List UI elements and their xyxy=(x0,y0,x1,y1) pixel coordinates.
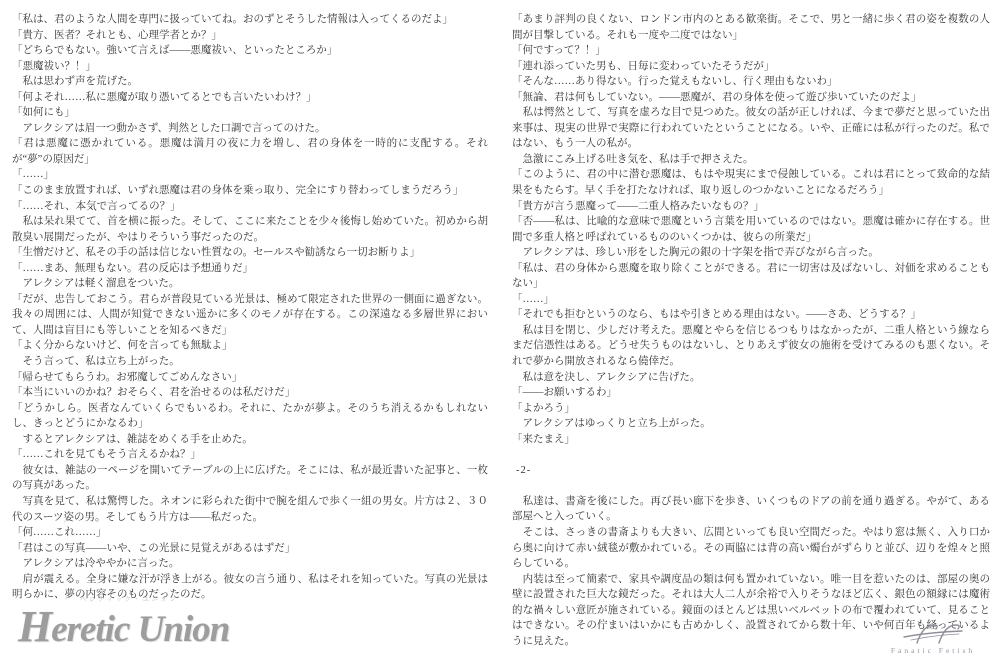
series-logo: ヘレティック・ユニオン Heretic Union xyxy=(18,594,248,652)
paragraph: 「――お願いするわ」 xyxy=(512,385,990,401)
paragraph: 「連れ添っていた男も、日毎に変わっていたそうだが」 xyxy=(512,59,990,75)
paragraph: アレクシアは冷ややかに言った。 xyxy=(12,556,488,572)
publisher-logo: Fanatic Fetish xyxy=(874,622,992,655)
paragraph: アレクシアは、珍しい形をした胸元の銀の十字架を指で弄びながら言った。 xyxy=(512,245,990,261)
page-number: -2- xyxy=(512,463,990,479)
paragraph: 「生憎だけど、私その手の話は信じない性質なの。セールスや勧誘なら一切お断りよ」 xyxy=(12,245,488,261)
paragraph: 「あまり評判の良くない、ロンドン市内のとある歓楽街。そこで、男と一緒に歩く君の姿… xyxy=(512,12,990,43)
paragraph: 「私は、君のような人間を専門に扱っていてね。おのずとそうした情報は入ってくるのだ… xyxy=(12,12,488,28)
paragraph: 「何よそれ……私に悪魔が取り憑いてるとでも言いたいわけ？」 xyxy=(12,90,488,106)
paragraph: 「このまま放置すれば、いずれ悪魔は君の身体を乗っ取り、完全にすり替わってしまうだ… xyxy=(12,183,488,199)
paragraph: アレクシアは眉一つ動かさず、判然とした口調で言ってのけた。 xyxy=(12,121,488,137)
paragraph: 「……これを見てもそう言えるかね？」 xyxy=(12,447,488,463)
paragraph: 「悪魔祓い？！」 xyxy=(12,59,488,75)
paragraph: 「それでも拒むというのなら、もはや引きとめる理由はない。――さあ、どうする？」 xyxy=(512,307,990,323)
paragraph: 「よく分からないけど、何を言っても無駄よ」 xyxy=(12,338,488,354)
right-page-text-top: 「あまり評判の良くない、ロンドン市内のとある歓楽街。そこで、男と一緒に歩く君の姿… xyxy=(512,12,990,447)
publisher-ff-mark-icon xyxy=(901,622,965,646)
paragraph: するとアレクシアは、雑誌をめくる手を止めた。 xyxy=(12,432,488,448)
paragraph: 「来たまえ」 xyxy=(512,432,990,448)
paragraph: 「……それ、本気で言ってるの？」 xyxy=(12,199,488,215)
paragraph: 私は目を閉じ、少しだけ考えた。悪魔とやらを信じるつもりはなかったが、二重人格とい… xyxy=(512,323,990,370)
paragraph: アレクシアはゆっくりと立ち上がった。 xyxy=(512,416,990,432)
paragraph: 「否――私は、比喩的な意味で悪魔という言葉を用いているのではない。悪魔は確かに存… xyxy=(512,214,990,245)
paragraph: そう言って、私は立ち上がった。 xyxy=(12,354,488,370)
paragraph: 「君は悪魔に憑かれている。悪魔は満月の夜に力を増し、君の身体を一時的に支配する。… xyxy=(12,136,488,167)
paragraph: 私は呆れ果てて、首を横に振った。そして、ここに来たことを少々後悔し始めていた。初… xyxy=(12,214,488,245)
paragraph: 「何……これ……」 xyxy=(12,525,488,541)
paragraph: 「無論、君は何もしていない。――悪魔が、君の身体を使って遊び歩いていたのだよ」 xyxy=(512,90,990,106)
paragraph: 「貴方が言う悪魔って――二重人格みたいなもの？」 xyxy=(512,199,990,215)
left-page-text: 「私は、君のような人間を専門に扱っていてね。おのずとそうした情報は入ってくるのだ… xyxy=(12,12,488,603)
paragraph: 私達は、書斎を後にした。再び長い廊下を歩き、いくつものドアの前を通り過ぎる。やが… xyxy=(512,494,990,525)
paragraph: 私は意を決し、アレクシアに告げた。 xyxy=(512,370,990,386)
paragraph: 「このように、君の中に潜む悪魔は、もはや現実にまで侵蝕している。これは君にとって… xyxy=(512,167,990,198)
series-logo-title: Heretic Union xyxy=(18,601,248,652)
paragraph: 私は思わず声を荒げた。 xyxy=(12,74,488,90)
paragraph: 私は愕然として、写真を虚ろな目で見つめた。彼女の話が正しければ、今まで夢だと思っ… xyxy=(512,105,990,152)
paragraph: 「どうかしら。医者なんていくらでもいるわ。それに、たかが夢よ。そのうち消えるかも… xyxy=(12,401,488,432)
paragraph: 「……まあ、無理もない。君の反応は予想通りだ」 xyxy=(12,261,488,277)
paragraph: 「だが、忠告しておこう。君らが普段見ている光景は、極めて限定された世界の一側面に… xyxy=(12,292,488,339)
paragraph: 「本当にいいのかね？おそらく、君を治せるのは私だけだ」 xyxy=(12,385,488,401)
paragraph: 「何ですって？！」 xyxy=(512,43,990,59)
paragraph: そこは、さっきの書斎よりも大きい、広間といっても良い空間だった。やはり窓は無く、… xyxy=(512,525,990,572)
paragraph: 「……」 xyxy=(12,167,488,183)
right-page: 「あまり評判の良くない、ロンドン市内のとある歓楽街。そこで、男と一緒に歩く君の姿… xyxy=(512,12,990,649)
paragraph: 写真を見て、私は驚愕した。ネオンに彩られた街中で腕を組んで歩く一組の男女。片方は… xyxy=(12,494,488,525)
paragraph: 「私は、君の身体から悪魔を取り除くことができる。君に一切害は及ばないし、対価を求… xyxy=(512,261,990,292)
paragraph: 「貴方、医者？それとも、心理学者とか？」 xyxy=(12,28,488,44)
paragraph: 「帰らせてもらうわ。お邪魔してごめんなさい」 xyxy=(12,370,488,386)
paragraph: 急激にこみ上げる吐き気を、私は手で押さえた。 xyxy=(512,152,990,168)
publisher-name: Fanatic Fetish xyxy=(874,646,992,655)
paragraph: 彼女は、雑誌の一ページを開いてテーブルの上に広げた。そこには、私が最近書いた記事… xyxy=(12,463,488,494)
paragraph: 「如何にも」 xyxy=(12,105,488,121)
paragraph: 「君はこの写真――いや、この光景に見覚えがあるはずだ」 xyxy=(12,541,488,557)
paragraph: アレクシアは軽く溜息をついた。 xyxy=(12,276,488,292)
paragraph: 「そんな……あり得ない。行った覚えもないし、行く理由もないわ」 xyxy=(512,74,990,90)
paragraph: 「……」 xyxy=(512,292,990,308)
paragraph: 「どちらでもない。強いて言えば――悪魔祓い、といったところか」 xyxy=(12,43,488,59)
paragraph: 「よかろう」 xyxy=(512,401,990,417)
